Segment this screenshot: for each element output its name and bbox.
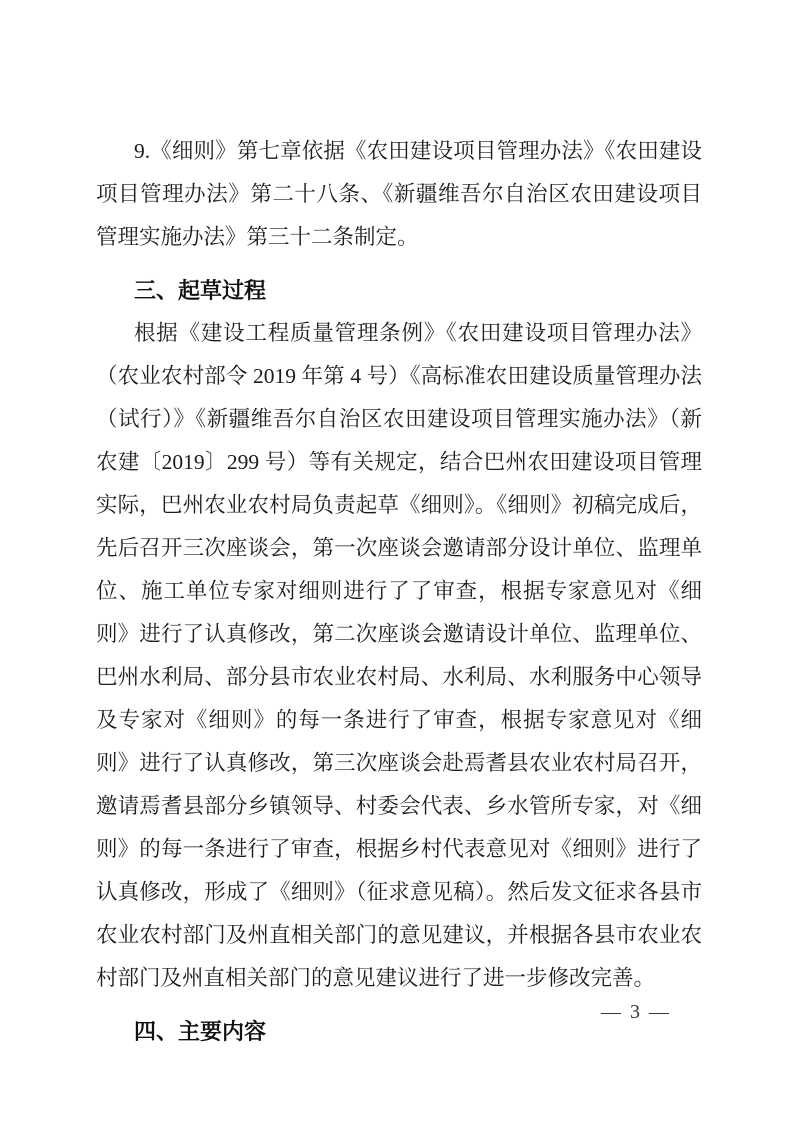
paragraph-drafting-process: 根据《建设工程质量管理条例》《农田建设项目管理办法》（农业农村部令 2019 年… xyxy=(96,312,702,1000)
document-page: 9.《细则》第七章依据《农田建设项目管理办法》《农田建设项目管理办法》第二十八条… xyxy=(0,0,793,1122)
page-number: — 3 — xyxy=(601,998,671,1026)
document-content: 9.《细则》第七章依据《农田建设项目管理办法》《农田建设项目管理办法》第二十八条… xyxy=(96,130,702,1053)
heading-drafting-process: 三、起草过程 xyxy=(96,269,702,312)
paragraph-article-9-basis: 9.《细则》第七章依据《农田建设项目管理办法》《农田建设项目管理办法》第二十八条… xyxy=(96,130,702,259)
